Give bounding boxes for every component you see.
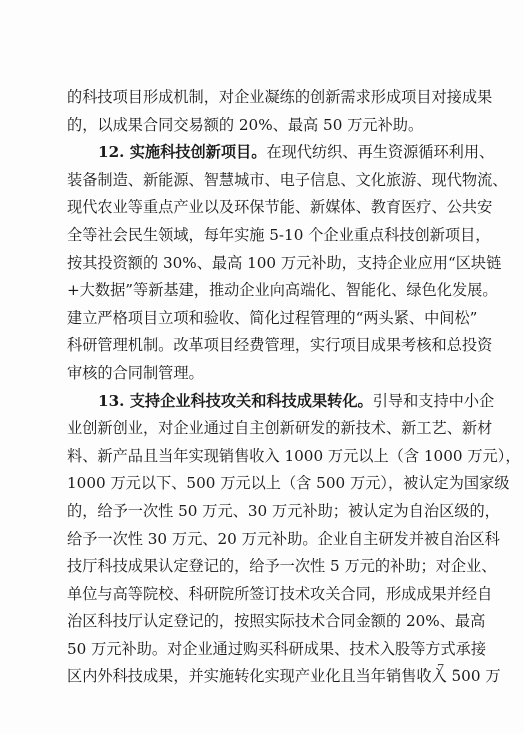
text-line: 50 万元补助。对企业通过购买科研成果、技术入股等方式承接 xyxy=(67,636,461,664)
body-text: 的科技项目形成机制，对企业凝练的创新需求形成项目对接成果 的，以成果合同交易额的… xyxy=(67,84,461,691)
section-heading: 支持企业科技攻关和科技成果转化。 xyxy=(130,392,373,410)
text-line: +大数据”等新基建，推动企业向高端化、智能化、绿色化发展。 xyxy=(67,277,461,305)
page-number: - 7 - xyxy=(420,662,464,678)
text-line: 的，给予一次性 50 万元、30 万元补助；被认定为自治区级的， xyxy=(67,498,461,526)
text-line: 的，以成果合同交易额的 20%、最高 50 万元补助。 xyxy=(67,112,461,140)
text-line: 审核的合同制管理。 xyxy=(67,360,461,388)
text-line: 区内外科技成果，并实施转化实现产业化且当年销售收入 500 万 xyxy=(67,663,461,691)
section-text: 引导和支持中小企 xyxy=(373,392,495,410)
text-line: 现代农业等重点产业以及环保节能、新媒体、教育医疗、公共安 xyxy=(67,194,461,222)
text-line: 按其投资额的 30%、最高 100 万元补助，支持企业应用“区块链 xyxy=(67,250,461,278)
section-13-heading-line: 13. 支持企业科技攻关和科技成果转化。引导和支持中小企 xyxy=(67,388,461,416)
text-line: 科研管理机制。改革项目经费管理，实行项目成果考核和总投资 xyxy=(67,332,461,360)
text-line: 治区科技厅认定登记的，按照实际技术合同金额的 20%、最高 xyxy=(67,608,461,636)
text-line: 建立严格项目立项和验收、简化过程管理的“两头紧、中间松” xyxy=(67,305,461,333)
text-line: 给予一次性 30 万元、20 万元补助。企业自主研发并被自治区科 xyxy=(67,526,461,554)
text-line: 1000 万元以下、500 万元以上（含 500 万元），被认定为国家级 xyxy=(67,470,461,498)
section-number: 13. xyxy=(98,392,130,410)
section-text: 在现代纺织、再生资源循环利用、 xyxy=(266,143,494,161)
text-line: 的科技项目形成机制，对企业凝练的创新需求形成项目对接成果 xyxy=(67,84,461,112)
text-line: 装备制造、新能源、智慧城市、电子信息、文化旅游、现代物流、 xyxy=(67,167,461,195)
section-number: 12. xyxy=(98,143,130,161)
text-line: 技厅科技成果认定登记的，给予一次性 5 万元的补助；对企业、 xyxy=(67,553,461,581)
section-12-heading-line: 12. 实施科技创新项目。在现代纺织、再生资源循环利用、 xyxy=(67,139,461,167)
text-line: 单位与高等院校、科研院所签订技术攻关合同，形成成果并经自 xyxy=(67,581,461,609)
document-page: 的科技项目形成机制，对企业凝练的创新需求形成项目对接成果 的，以成果合同交易额的… xyxy=(0,0,524,734)
text-line: 料、新产品且当年实现销售收入 1000 万元以上（含 1000 万元）， xyxy=(67,443,461,471)
text-line: 全等社会民生领域，每年实施 5-10 个企业重点科技创新项目， xyxy=(67,222,461,250)
text-line: 业创新创业，对企业通过自主创新研发的新技术、新工艺、新材 xyxy=(67,415,461,443)
section-heading: 实施科技创新项目。 xyxy=(130,143,267,161)
